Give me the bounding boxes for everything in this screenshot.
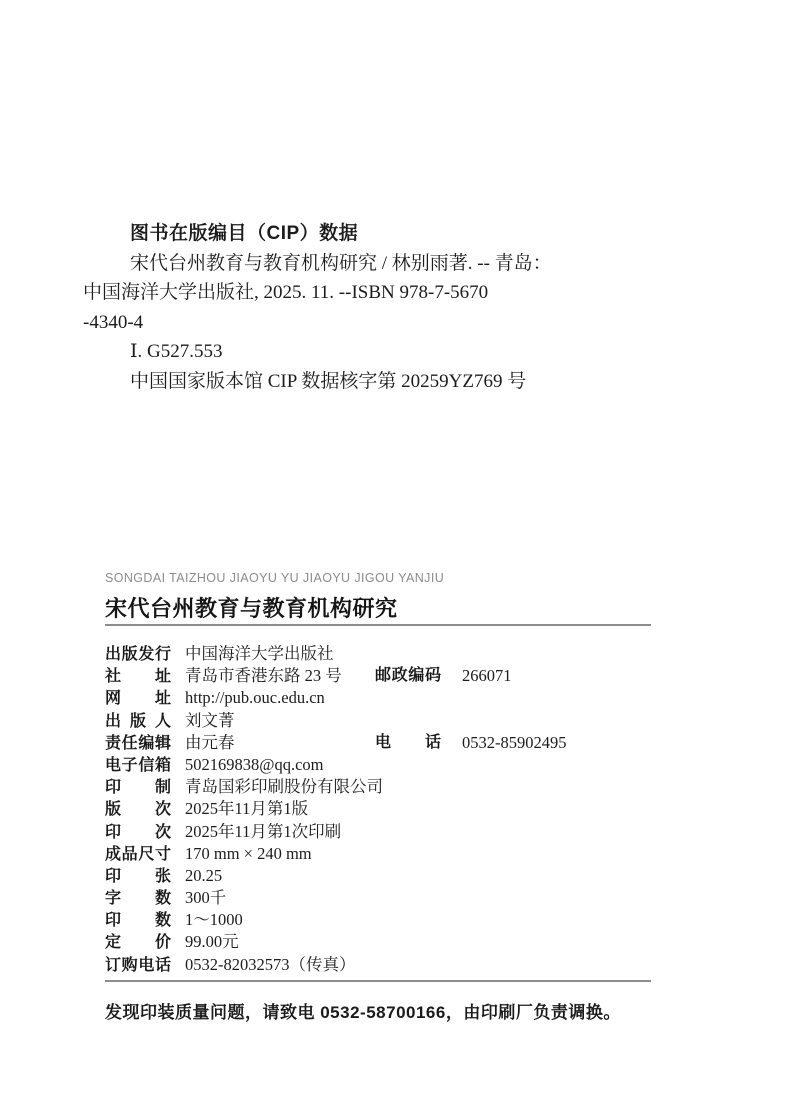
field-label: 社址	[105, 666, 171, 688]
cip-line: 中国国家版本馆 CIP 数据核字第 20259YZ769 号	[130, 367, 623, 397]
cip-line: Ⅰ. G527.553	[130, 337, 623, 367]
row-impression: 印次2025年11月第1次印刷	[105, 821, 685, 843]
field-value: 170 mm × 240 mm	[185, 844, 312, 863]
field-label: 订购电话	[105, 955, 171, 977]
row-print-run: 印数1～1000	[105, 909, 685, 931]
field-value: 1～1000	[185, 910, 243, 929]
row-price: 定价99.00元	[105, 931, 685, 953]
book-title: 宋代台州教育与教育机构研究	[105, 592, 665, 623]
field-value-url: http://pub.ouc.edu.cn	[185, 688, 325, 707]
field-value: 99.00元	[185, 932, 239, 951]
field-label: 电子信箱	[105, 755, 171, 777]
field-value: 2025年11月第1次印刷	[185, 822, 341, 841]
row-sheets: 印张20.25	[105, 865, 685, 887]
field-label: 成品尺寸	[105, 844, 171, 866]
field-value: 0532-82032573（传真）	[185, 955, 356, 974]
field-value: 2025年11月第1版	[185, 799, 308, 818]
field-value: 中国海洋大学出版社	[185, 644, 334, 663]
field-label: 印制	[105, 777, 171, 799]
title-pinyin: SONGDAI TAIZHOU JIAOYU YU JIAOYU JIGOU Y…	[105, 571, 665, 585]
row-printer: 印制青岛国彩印刷股份有限公司	[105, 776, 685, 798]
row-editor: 责任编辑由元春 电话 0532-85902495	[105, 732, 685, 754]
field-value: 由元春	[185, 733, 235, 752]
quality-notice: 发现印装质量问题，请致电 0532-58700166，由印刷厂负责调换。	[105, 998, 621, 1023]
field-value-email: 502169838@qq.com	[185, 755, 323, 774]
colophon-table: 出版发行中国海洋大学出版社 社址青岛市香港东路 23 号 邮政编码 266071…	[105, 643, 685, 976]
row-publisher-person: 出版人刘文菁	[105, 710, 685, 732]
field-label: 网址	[105, 688, 171, 710]
row-email: 电子信箱502169838@qq.com	[105, 754, 685, 776]
field-label: 印张	[105, 866, 171, 888]
cip-block: 图书在版编目（CIP）数据 宋代台州教育与教育机构研究 / 林别雨著. -- 青…	[83, 219, 623, 396]
row-publisher: 出版发行中国海洋大学出版社	[105, 643, 685, 665]
field-label: 版次	[105, 799, 171, 821]
row-edition: 版次2025年11月第1版	[105, 798, 685, 820]
cip-heading: 图书在版编目（CIP）数据	[130, 219, 623, 249]
field-value: 20.25	[185, 866, 222, 885]
row-website: 网址http://pub.ouc.edu.cn	[105, 687, 685, 709]
book-colophon-page: 图书在版编目（CIP）数据 宋代台州教育与教育机构研究 / 林别雨著. -- 青…	[0, 0, 799, 1118]
title-block: SONGDAI TAIZHOU JIAOYU YU JIAOYU JIGOU Y…	[105, 571, 665, 623]
row-trim-size: 成品尺寸170 mm × 240 mm	[105, 843, 685, 865]
field-label-phone: 电话	[375, 732, 441, 754]
field-value: 刘文菁	[185, 711, 235, 730]
field-value: 青岛国彩印刷股份有限公司	[185, 777, 383, 796]
field-label: 字数	[105, 888, 171, 910]
field-label: 责任编辑	[105, 733, 171, 755]
cip-line: -4340-4	[83, 308, 623, 338]
row-word-count: 字数300千	[105, 887, 685, 909]
field-label: 出版人	[105, 711, 171, 733]
row-order-phone: 订购电话0532-82032573（传真）	[105, 954, 685, 976]
divider-bottom	[105, 980, 651, 982]
cip-line: 宋代台州教育与教育机构研究 / 林别雨著. -- 青岛：	[130, 249, 623, 279]
field-label: 印次	[105, 822, 171, 844]
cip-line: 中国海洋大学出版社, 2025. 11. --ISBN 978-7-5670	[83, 278, 623, 308]
field-value-postcode: 266071	[462, 665, 512, 687]
field-label-postcode: 邮政编码	[375, 665, 441, 687]
field-value: 青岛市香港东路 23 号	[185, 666, 342, 685]
divider-top	[105, 624, 651, 626]
field-value-phone: 0532-85902495	[462, 732, 567, 754]
row-address: 社址青岛市香港东路 23 号 邮政编码 266071	[105, 665, 685, 687]
field-label: 定价	[105, 932, 171, 954]
field-label: 出版发行	[105, 644, 171, 666]
field-label: 印数	[105, 910, 171, 932]
field-value: 300千	[185, 888, 226, 907]
